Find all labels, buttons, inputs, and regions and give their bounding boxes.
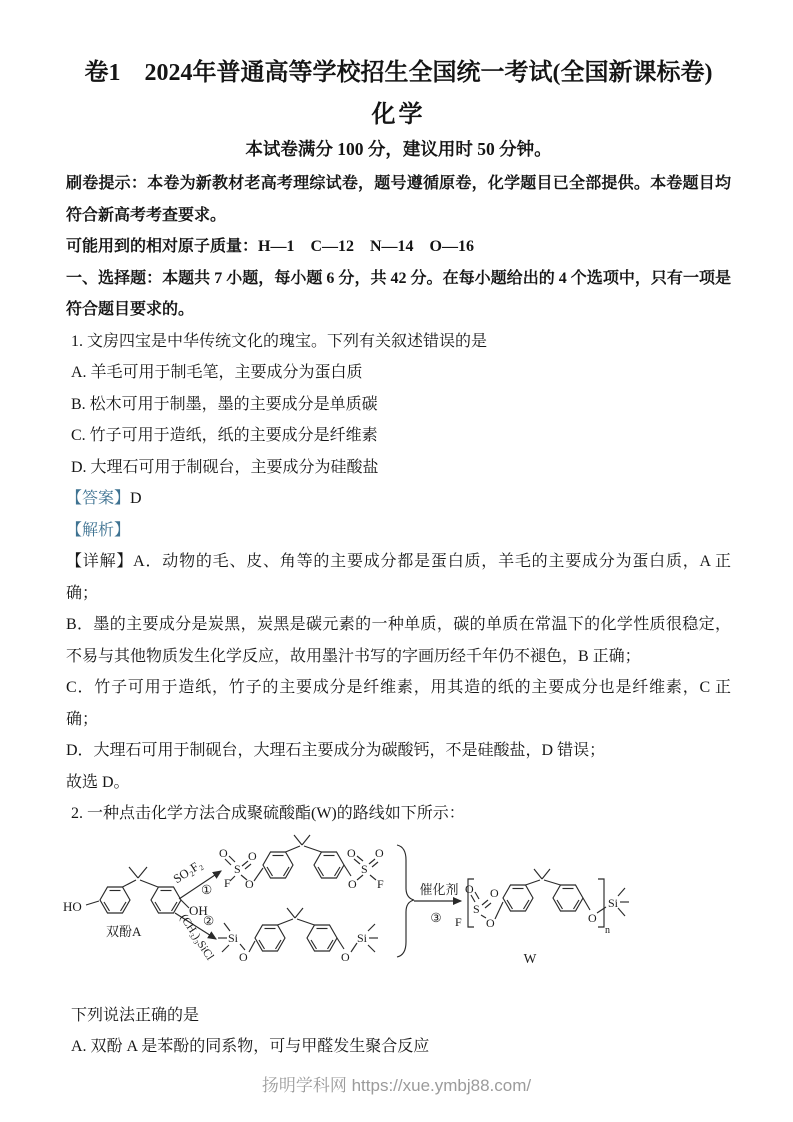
- q1-detail-c: C．竹子可用于造纸，竹子的主要成分是纤维素，用其造的纸的主要成分也是纤维素，C …: [66, 672, 731, 735]
- analysis-label: 【解析】: [66, 522, 130, 539]
- bis-silyl-ether-structure: Si O O Si: [218, 908, 378, 964]
- reaction-scheme-diagram: HO OH 双酚A SO₂F₂ ① (CH₃)₃SiCl ② F: [62, 830, 742, 1000]
- atom-si: Si: [228, 931, 239, 945]
- atom-o: O: [348, 877, 357, 891]
- atom-f: F: [224, 876, 231, 890]
- ho-group-label: HO: [63, 899, 82, 914]
- q1-stem: 1. 文房四宝是中华传统文化的瑰宝。下列有关叙述错误的是: [66, 326, 731, 358]
- q1-detail-b: B．墨的主要成分是炭黑，炭黑是碳元素的一种单质，碳的单质在常温下的化学性质很稳定…: [66, 609, 731, 672]
- section-header: 一、选择题：本题共 7 小题，每小题 6 分，共 42 分。在每小题给出的 4 …: [66, 263, 731, 326]
- subject-title: 化学: [66, 98, 731, 132]
- step-3-circle: ③: [430, 911, 441, 925]
- step-1-circle: ①: [201, 883, 212, 897]
- atom-o: O: [347, 846, 356, 860]
- q1-detail-d: D．大理石可用于制砚台，大理石主要成分为碳酸钙，不是硅酸盐，D 错误；: [66, 735, 731, 767]
- step-2-circle: ②: [203, 914, 214, 928]
- exam-title: 卷1 2024年普通高等学校招生全国统一考试(全国新课标卷): [66, 56, 731, 90]
- q1-analysis-line: 【解析】: [66, 515, 731, 547]
- repeat-unit-n: n: [605, 925, 610, 936]
- q2-prompt: 下列说法正确的是: [66, 1000, 731, 1032]
- reaction-arrow-2: (CH₃)₃SiCl ②: [175, 912, 216, 962]
- q1-conclusion: 故选 D。: [66, 767, 731, 799]
- notice-paragraph: 刷卷提示：本卷为新教材老高考理综试卷，题号遵循原卷，化学题目已全部提供。本卷题目…: [66, 168, 731, 231]
- answer-label: 【答案】: [66, 490, 130, 507]
- atom-o: O: [219, 846, 228, 860]
- atom-o: O: [248, 849, 257, 863]
- atom-s: S: [473, 902, 480, 916]
- q1-answer-line: 【答案】D: [66, 483, 731, 515]
- q1-option-c: C. 竹子可用于造纸，纸的主要成分是纤维素: [66, 420, 731, 452]
- q2-stem: 2. 一种点击化学方法合成聚硫酸酯(W)的路线如下所示：: [66, 798, 731, 830]
- q1-option-d: D. 大理石可用于制砚台，主要成分为硅酸盐: [66, 452, 731, 484]
- atom-o: O: [465, 882, 474, 896]
- answer-value: D: [130, 490, 142, 507]
- atom-o: O: [588, 911, 597, 925]
- reaction-arrow-1: SO₂F₂ ①: [171, 857, 221, 899]
- atom-s: S: [234, 862, 241, 876]
- reaction-arrow-3: 催化剂 ③: [414, 882, 461, 925]
- catalyst-label: 催化剂: [419, 882, 458, 897]
- atom-si: Si: [357, 931, 368, 945]
- q2-option-a: A. 双酚 A 是苯酚的同系物，可与甲醛发生聚合反应: [66, 1031, 731, 1063]
- bis-fluorosulfate-structure: F S O O O O S O O: [219, 835, 384, 891]
- watermark-footer: 扬明学科网 https://xue.ymbj88.com/: [0, 1071, 793, 1096]
- grouping-brace: [397, 845, 414, 957]
- atom-o: O: [486, 916, 495, 930]
- atom-si: Si: [608, 896, 619, 910]
- atomic-mass-line: 可能用到的相对原子质量：H—1 C—12 N—14 O—16: [66, 231, 731, 263]
- polymer-w-structure: F S O O O O n Si W: [455, 869, 629, 966]
- atom-o: O: [239, 950, 248, 964]
- reagent-so2f2-label: SO₂F₂: [171, 857, 205, 886]
- bisphenol-a-label: 双酚A: [106, 924, 142, 939]
- atom-o: O: [341, 950, 350, 964]
- atom-o: O: [490, 886, 499, 900]
- exam-document-page: 卷1 2024年普通高等学校招生全国统一考试(全国新课标卷) 化学 本试卷满分 …: [0, 0, 793, 1122]
- q1-detail-a: 【详解】A．动物的毛、皮、角等的主要成分都是蛋白质，羊毛的主要成分为蛋白质，A …: [66, 546, 731, 609]
- product-w-label: W: [524, 951, 537, 966]
- atom-o: O: [245, 877, 254, 891]
- q1-option-b: B. 松木可用于制墨，墨的主要成分是单质碳: [66, 389, 731, 421]
- exam-info-line: 本试卷满分 100 分，建议用时 50 分钟。: [66, 134, 731, 164]
- atom-f: F: [377, 877, 384, 891]
- atom-o: O: [375, 846, 384, 860]
- atom-f: F: [455, 915, 462, 929]
- q1-option-a: A. 羊毛可用于制毛笔，主要成分为蛋白质: [66, 357, 731, 389]
- atom-s: S: [361, 862, 368, 876]
